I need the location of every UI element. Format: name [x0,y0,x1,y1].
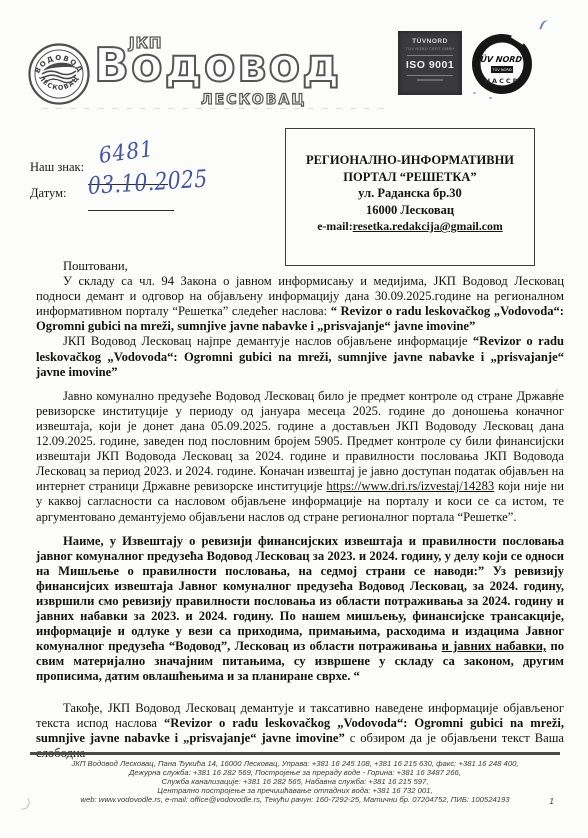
page-number: 1 [549,797,554,806]
p2-text: ЈКП Водовод Лесковац најпре демантује на… [63,334,473,348]
footer-line-3: Служба канализације: +381 16 282 565, На… [30,777,560,786]
dri-report-link[interactable]: https://www.dri.rs/izvestaj/14283 [326,479,494,493]
letterhead-footer: ЈКП Водовод Лесковац, Пана Ђукића 14, 16… [30,752,560,804]
cert-number-bar [417,79,444,81]
pen-dot [473,92,476,94]
paragraph-4: Наиме, у Извештају о ревизији финансијск… [36,534,564,685]
paragraph-2: ЈКП Водовод Лесковац најпре демантује на… [36,334,564,379]
scan-artifact-line [42,108,392,109]
recipient-name-line1: РЕГИОНАЛНО-ИНФОРМАТИВНИ [286,152,534,169]
footer-line-5: web: www.vodovodle.rs, e-mail: office@vo… [30,795,560,804]
p4-text: Наиме, у Извештају о ревизији финансијск… [36,534,564,654]
pen-dot [489,97,492,99]
salutation: Поштовани, [36,259,564,274]
paragraph-3: Јавно комунално предузеће Водовод Лесков… [36,389,564,525]
pen-mark [539,19,552,33]
date-label: Датум: [30,186,67,201]
scanned-letter-page: ВОДОВОД ЛЕСКОВАЦ ЈКП Водовод ЛЕСКОВАЦ TÜ… [0,0,588,838]
footer-line-2: Дежурна служба: +381 16 282 569, Построј… [30,768,560,777]
divider [407,55,453,56]
paragraph-1: У складу са чл. 94 Закона о јавном инфор… [36,274,564,334]
footer-line-1: ЈКП Водовод Лесковац, Пана Ђукића 14, 16… [30,759,560,768]
our-mark-handwritten-value: 6481 [98,137,156,169]
wordmark-leskovac: ЛЕСКОВАЦ [201,92,306,108]
salutation-text: Поштовани, [63,259,128,273]
recipient-city: 16000 Лесковац [286,202,534,219]
recipient-email-link[interactable]: resetka.redakcija@gmail.com [353,219,503,233]
recipient-street: ул. Раданска бр.30 [286,185,534,202]
vodovod-seal-logo: ВОДОВОД ЛЕСКОВАЦ [28,43,90,105]
iso-9001-text: ISO 9001 [398,59,462,71]
haccp-brand-text: TÜV NORD [474,54,523,64]
recipient-email-line: e-mail:resetka.redakcija@gmail.com [286,218,534,235]
p3-text: Јавно комунално предузеће Водовод Лесков… [36,389,564,494]
haccp-badge: TÜV NORD TÜV NORD HACCP [469,26,535,100]
letter-body: Поштовани, У складу са чл. 94 Закона о ј… [36,259,564,761]
p4-underlined-phrase: и јавних набавки, [442,639,547,653]
footer-line-4: Централно постројење за пречишћавање отп… [30,786,560,795]
date-line [88,210,174,211]
haccp-sub-text: TÜV NORD [491,67,511,72]
tuv-nord-logo-text: TÜVNORD [398,31,462,45]
date-handwritten-value: 03.10.2025 [87,165,208,200]
wordmark-vodovod: Водовод [94,42,341,88]
haccp-label-text: HACCP [485,77,520,85]
tuv-nord-cert-text: TÜV NORD CERT GMBH [398,47,462,51]
recipient-name-line2: ПОРТАЛ “РЕШЕТКА” [286,169,534,186]
our-mark-label: Наш знак: [30,160,84,175]
divider [407,75,453,76]
recipient-address-box: РЕГИОНАЛНО-ИНФОРМАТИВНИ ПОРТАЛ “РЕШЕТКА”… [285,128,535,266]
iso-9001-badge: TÜVNORD TÜV NORD CERT GMBH ISO 9001 [398,31,462,95]
email-label: e-mail: [317,219,352,233]
